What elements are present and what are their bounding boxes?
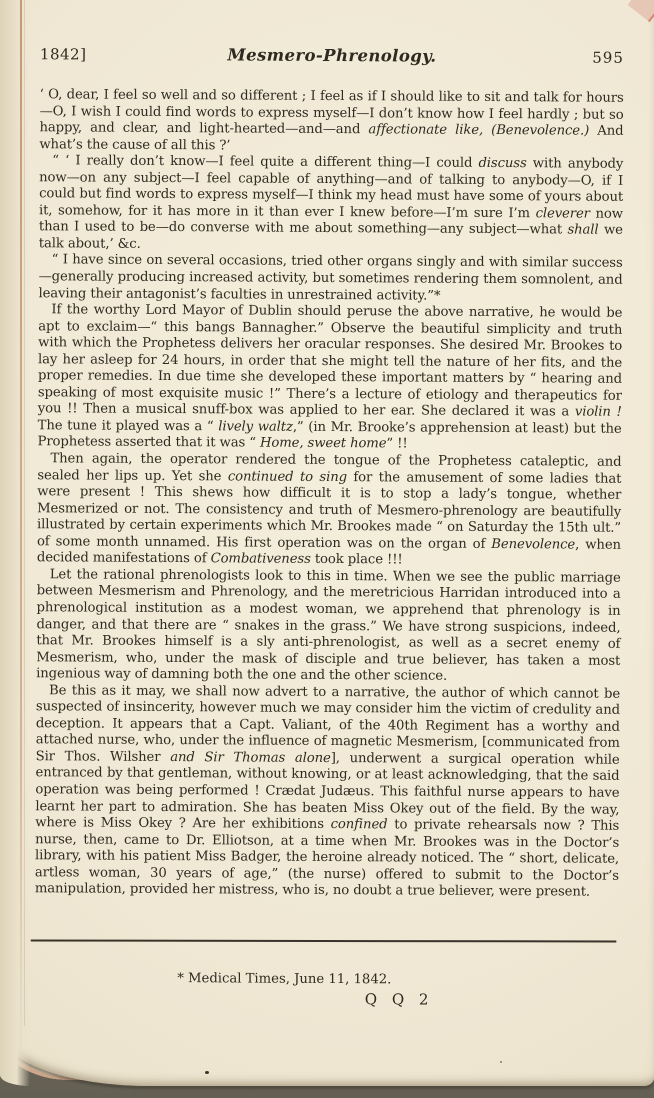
gutter-crease-line-faint	[24, 0, 25, 1026]
ink-speck	[500, 1061, 502, 1063]
running-title: Mesmero-Phrenology.	[227, 45, 436, 65]
italic-text-run: confined	[331, 817, 388, 832]
paragraph: Let the rational phrenologists look to t…	[36, 567, 621, 686]
page-surface: 1842] Mesmero-Phrenology. 595 ‘ O, dear,…	[0, 0, 654, 1086]
text-run: Let the rational phrenologists look to t…	[36, 567, 621, 684]
ink-speck	[205, 1071, 209, 1074]
gutter-crease-line	[20, 0, 22, 1060]
printer-signature: Q Q 2	[289, 990, 509, 1009]
torn-corner-mark	[628, 0, 654, 22]
page-number: 595	[436, 48, 624, 67]
text-run: ” !!	[386, 437, 407, 452]
paragraph: If the worthy Lord Mayor of Dublin shoul…	[38, 302, 623, 454]
paragraph: “ I have since on several occasions, tri…	[38, 253, 622, 306]
scanned-book-page: 1842] Mesmero-Phrenology. 595 ‘ O, dear,…	[0, 0, 654, 1098]
header-year: 1842]	[40, 45, 228, 64]
text-run: “ I have since on several occasions, tri…	[38, 253, 622, 303]
italic-text-run: Combativeness	[211, 552, 311, 568]
text-run: If the worthy Lord Mayor of Dublin shoul…	[38, 302, 623, 419]
paragraph: “ ‘ I really don’t know—I feel quite a d…	[39, 153, 624, 256]
italic-text-run: discuss	[478, 156, 526, 171]
text-run: “ ‘ I really don’t know—I feel quite a d…	[52, 153, 478, 171]
paragraph: Then again, the operator rendered the to…	[37, 451, 622, 570]
italic-text-run: violin !	[575, 405, 622, 420]
italic-text-run: Benevolence	[491, 537, 575, 553]
italic-text-run: continued to sing	[228, 469, 347, 485]
footnote-text: * Medical Times, June 11, 1842.	[34, 970, 534, 988]
italic-text-run: shall	[567, 223, 598, 238]
italic-text-run: and Sir Thomas alone	[170, 750, 331, 766]
page-content: 1842] Mesmero-Phrenology. 595 ‘ O, dear,…	[35, 44, 624, 901]
running-header: 1842] Mesmero-Phrenology. 595	[40, 44, 624, 67]
italic-text-run: cleverer	[536, 206, 590, 221]
paragraph: Be this as it may, we shall now advert t…	[35, 683, 620, 902]
italic-text-run: affectionate like, (Benevolence.)	[368, 122, 589, 138]
text-run: took place !!!	[311, 552, 403, 568]
footnote-rule	[31, 939, 617, 942]
binding-gutter-shadow	[0, 0, 30, 1086]
paragraph: ‘ O, dear, I feel so well and so differe…	[39, 87, 623, 157]
italic-text-run: lively waltz	[218, 419, 293, 434]
italic-text-run: Home, sweet home	[260, 436, 387, 452]
text-run: The tune it played was a “	[38, 418, 219, 434]
page-text: ‘ O, dear, I feel so well and so differe…	[35, 87, 624, 901]
